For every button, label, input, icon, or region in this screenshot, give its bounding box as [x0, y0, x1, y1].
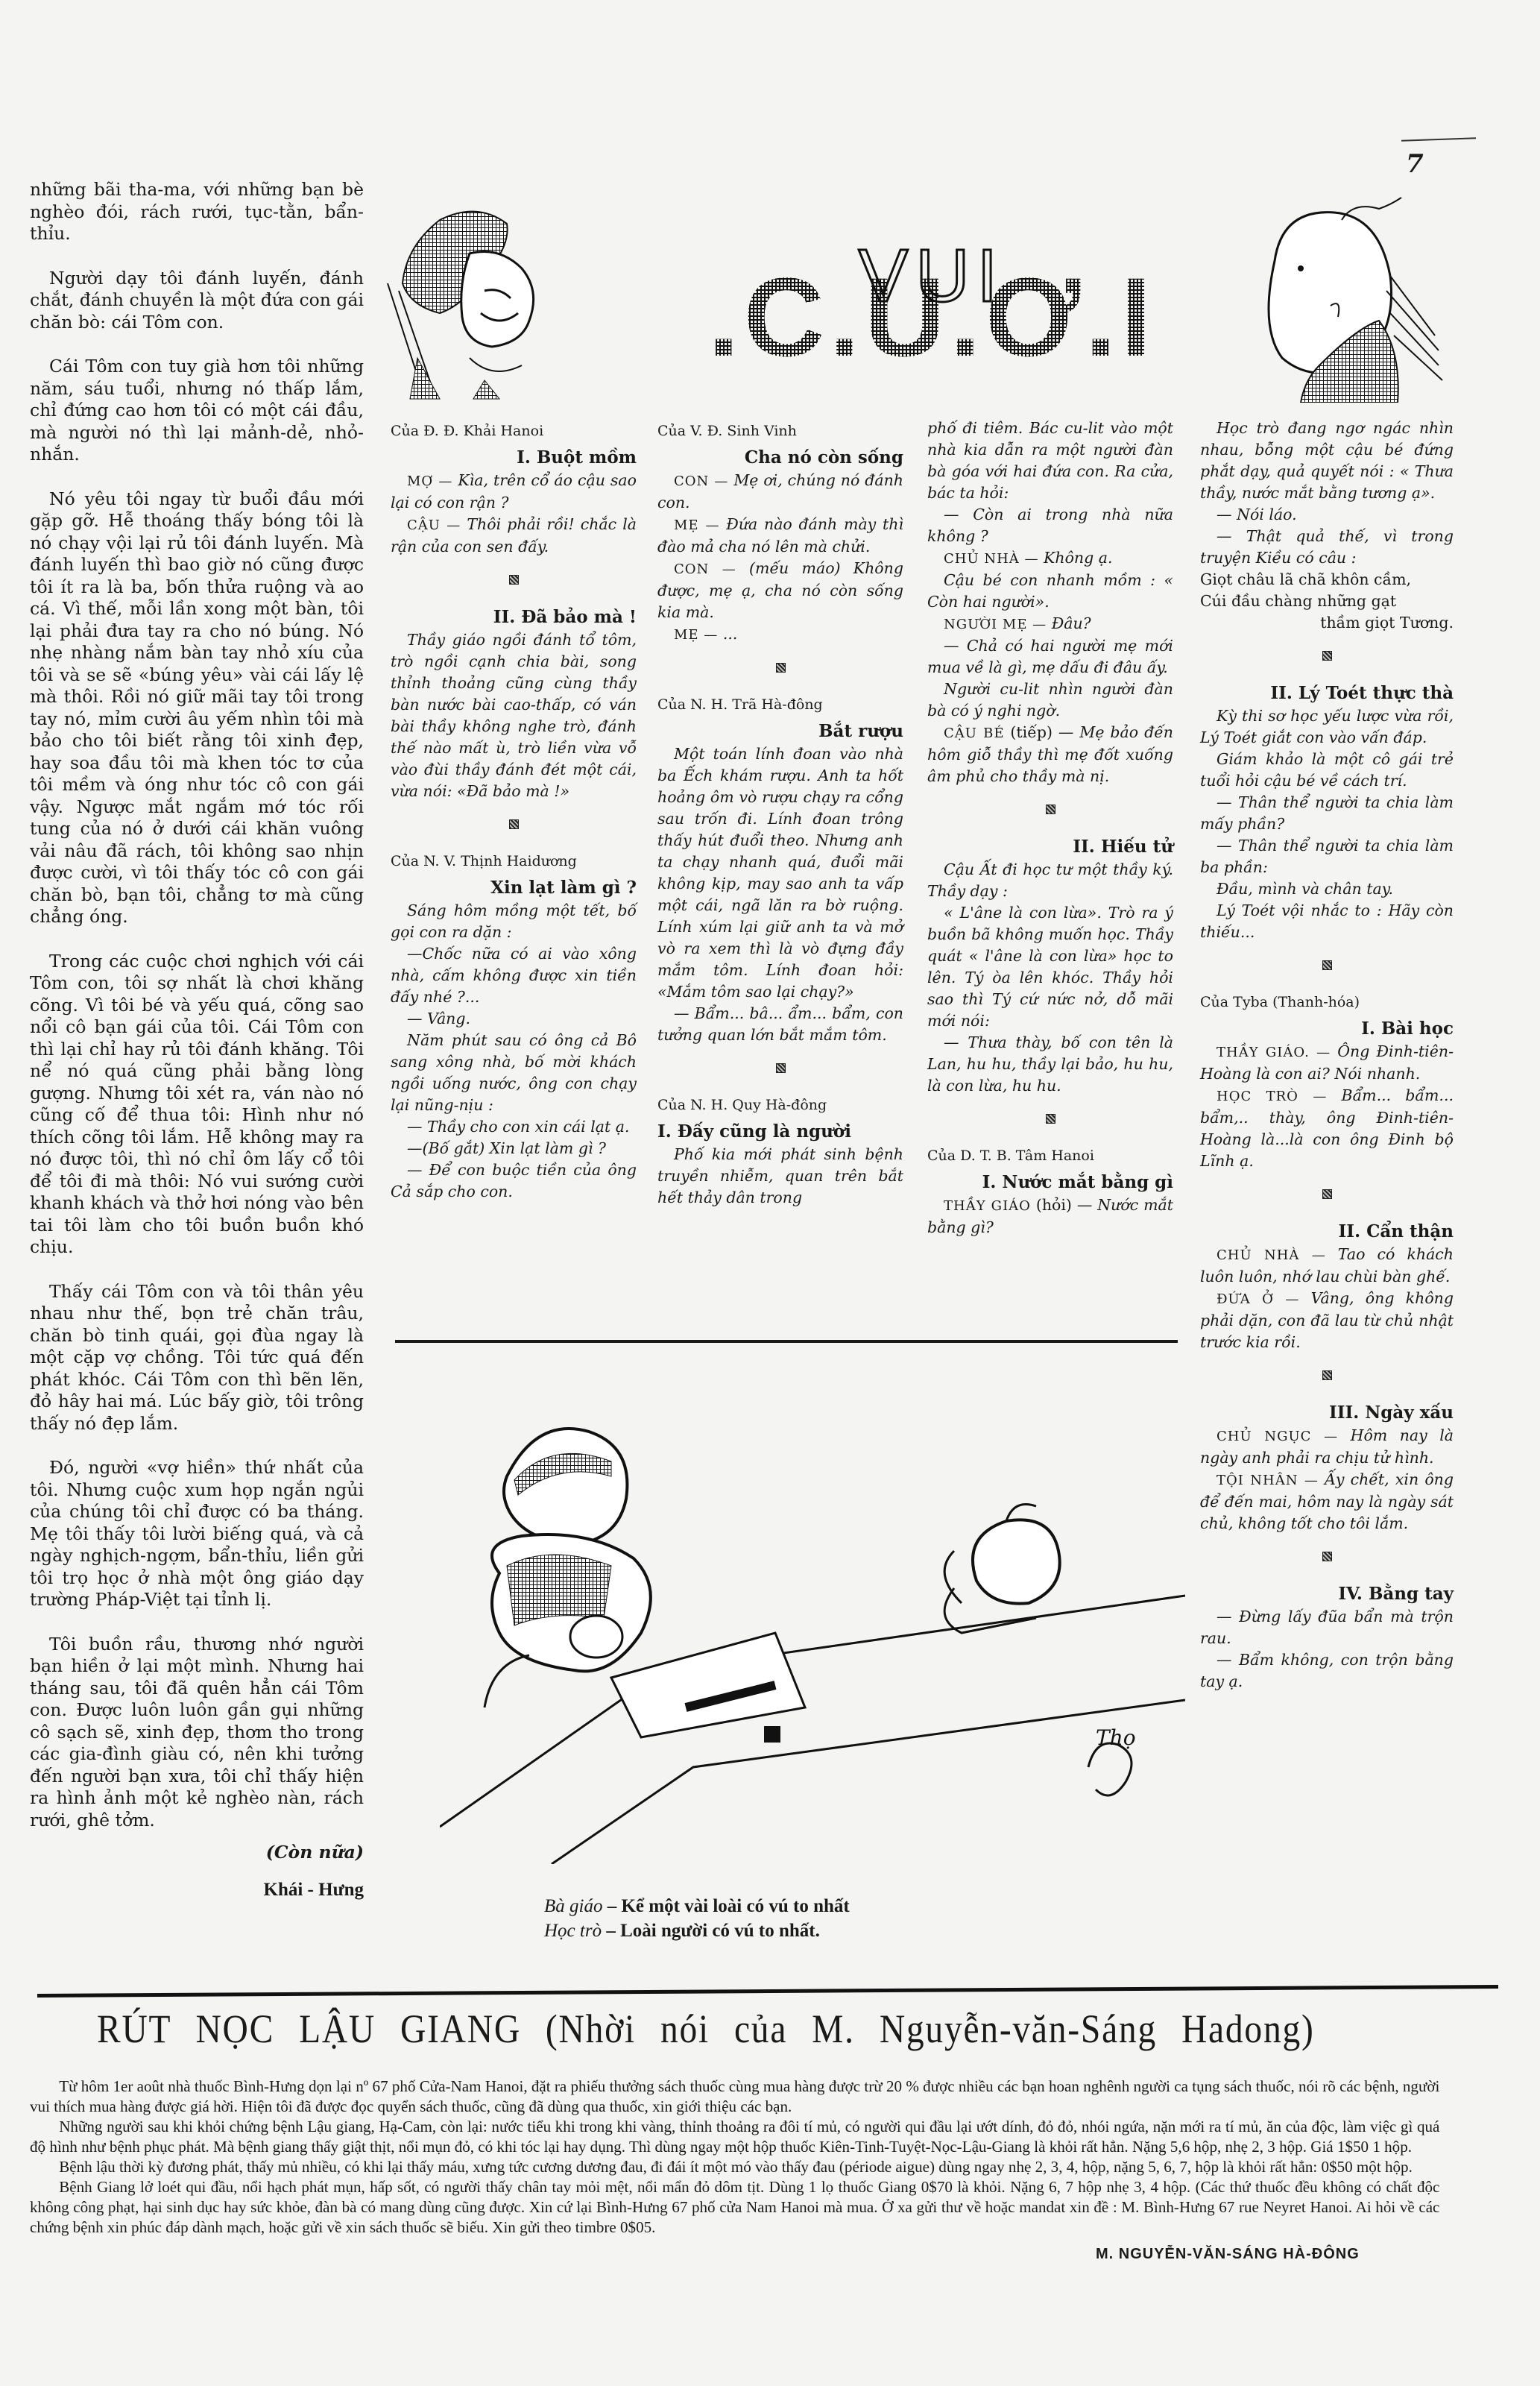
speaker-label: CẬU —	[407, 517, 461, 533]
story-paragraph: Trong các cuộc chơi nghịch với cái Tôm c…	[30, 951, 364, 1259]
joke-text: Giám khảo là một cô gái trẻ tuổi hỏi cậu…	[1200, 749, 1454, 792]
joke-text: —(Bố gắt) Xin lạt làm gì ?	[391, 1138, 637, 1159]
advertisement-paragraph: Những người sau khi khỏi chứng bệnh Lậu …	[30, 2117, 1439, 2157]
ornament-divider-icon	[1200, 1367, 1454, 1388]
jokes-column-2: Của V. Đ. Sinh Vinh Cha nó còn sống CON …	[657, 418, 903, 1209]
to-be-continued: (Còn nữa)	[30, 1842, 364, 1864]
verse-line: Giọt châu lã chã khôn cầm,	[1200, 569, 1454, 591]
laughing-woman-illustration-icon	[380, 194, 574, 403]
cartoon-caption: Bà giáo – Kể một vài loài có vú to nhất …	[544, 1894, 1140, 1943]
section-banner: VUI .C.U.Ơ.I.	[380, 194, 1468, 403]
ornament-divider-icon	[1200, 957, 1454, 978]
cartoon-top-rule	[395, 1340, 1178, 1343]
story-paragraph: Người dạy tôi đánh luyến, đánh chắt, đán…	[30, 268, 364, 334]
ornament-divider-icon	[657, 1060, 903, 1081]
ornament-divider-icon	[1200, 647, 1454, 669]
cartoon-signature: Thọ	[1096, 1725, 1136, 1750]
joke-text: Phố kia mới phát sinh bệnh truyền nhiễm,…	[657, 1144, 903, 1209]
speaker-label: THẦY GIÁO	[944, 1198, 1031, 1214]
verse-line: Cúi đầu chàng những gạt	[1200, 591, 1454, 612]
joke-text: — Vâng.	[391, 1008, 637, 1030]
advertisement-top-rule	[37, 1985, 1498, 1998]
speaker-label: TỘI NHÂN —	[1216, 1473, 1319, 1488]
joke-text: — Bẩm... bâ... ẩm... bẩm, con tưởng quan…	[657, 1003, 903, 1046]
ornament-divider-icon	[391, 816, 637, 837]
joke-title: I. Đấy cũng là người	[657, 1121, 903, 1142]
joke-contributor: Của N. H. Trã Hà-đông	[657, 694, 903, 716]
joke-contributor: Của N. V. Thịnh Haidương	[391, 851, 637, 872]
caption-speaker: Học trò	[544, 1921, 602, 1941]
joke-text: Sáng hôm mồng một tết, bố gọi con ra dặn…	[391, 900, 637, 943]
joke-title: I. Buột mồm	[391, 447, 637, 468]
speaker-label: CHỦ NHÀ —	[1216, 1247, 1326, 1263]
speaker-label: CHỦ NHÀ —	[944, 551, 1039, 567]
joke-text: Học trò đang ngơ ngác nhìn nhau, bỗng mộ…	[1200, 418, 1454, 504]
advertisement-paragraph: Bệnh Giang lở loét qui đầu, nổi hạch phá…	[30, 2177, 1439, 2238]
joke-contributor: Của V. Đ. Sinh Vinh	[657, 421, 903, 442]
classroom-cartoon-illustration-icon: Thọ	[440, 1350, 1185, 1864]
joke-contributor: Của Đ. Đ. Khải Hanoi	[391, 421, 637, 442]
joke-title: III. Ngày xấu	[1200, 1402, 1454, 1423]
joke-text: — Bẩm không, con trộn bằng tay ạ.	[1200, 1649, 1454, 1693]
story-paragraph: Nó yêu tôi ngay từ buổi đầu mới gặp gỡ. …	[30, 488, 364, 928]
speaker-label: CẬU BÉ	[944, 725, 1004, 741]
joke-title: II. Đã bảo mà !	[391, 606, 637, 628]
story-paragraph: Tôi buồn rầu, thương nhớ người bạn hiền …	[30, 1634, 364, 1832]
ornament-divider-icon	[927, 1110, 1173, 1132]
ornament-divider-icon	[1200, 1186, 1454, 1207]
joke-text: Thầy giáo ngồi đánh tổ tôm, trò ngồi cạn…	[391, 629, 637, 802]
speaker-label: ĐỨA Ở —	[1216, 1291, 1299, 1307]
page-number: 7	[1406, 149, 1424, 179]
joke-title: I. Bài học	[1200, 1018, 1454, 1039]
joke-text: Đầu, mình và chân tay.	[1200, 878, 1454, 900]
speaker-label: MẸ —	[674, 627, 718, 643]
story-author: Khái - Hưng	[30, 1879, 364, 1901]
joke-text: phố đi tiêm. Bác cu-lit vào một nhà kia …	[927, 418, 1173, 504]
joke-text: — Thưa thày, bố con tên là Lan, hu hu, t…	[927, 1032, 1173, 1097]
speaker-label: THẦY GIÁO. —	[1216, 1045, 1331, 1060]
joke-text: Kỳ thi sơ học yếu lược vừa rồi, Lý Toét …	[1200, 705, 1454, 749]
story-paragraph: Đó, người «vợ hiền» thứ nhất của tôi. Nh…	[30, 1457, 364, 1611]
joke-text: — Để con buộc tiền của ông Cả sắp cho co…	[391, 1159, 637, 1203]
speaker-label: CHỦ NGỤC —	[1216, 1429, 1338, 1444]
joke-contributor: Của N. H. Quy Hà-đông	[657, 1095, 903, 1116]
joke-line: Đâu?	[1047, 614, 1091, 632]
joke-contributor: Của D. T. B. Tâm Hanoi	[927, 1145, 1173, 1167]
caption-line: – Loài người có vú to nhất.	[602, 1921, 820, 1941]
page-number-rule	[1401, 137, 1476, 141]
joke-text: Một toán lính đoan vào nhà ba Ếch khám r…	[657, 743, 903, 1003]
ornament-divider-icon	[391, 571, 637, 593]
advertisement-body: Từ hôm 1er août nhà thuốc Bình-Hưng dọn …	[30, 2077, 1439, 2238]
joke-title: II. Hiếu tử	[927, 836, 1173, 857]
serial-story-column: những bãi tha-ma, với những bạn bè nghèo…	[30, 179, 364, 1901]
old-man-with-fan-illustration-icon	[1230, 194, 1454, 403]
speaker-label: NGƯỜI MẸ —	[944, 617, 1047, 632]
stage-direction: (tiếp)	[1004, 723, 1058, 741]
advertisement-signature: M. NGUYỄN-VĂN-SÁNG HÀ-ĐÔNG	[1096, 2246, 1360, 2263]
joke-text: Lý Toét vội nhắc to : Hãy còn thiếu...	[1200, 900, 1454, 943]
jokes-column-4: Học trò đang ngơ ngác nhìn nhau, bỗng mộ…	[1200, 418, 1454, 1693]
joke-text: — Thầy cho con xin cái lạt ạ.	[391, 1116, 637, 1138]
caption-line: – Kể một vài loài có vú to nhất	[602, 1896, 849, 1916]
speaker-label: CON —	[674, 473, 728, 489]
joke-text: « L'âne là con lừa». Trò ra ý buồn bã kh…	[927, 902, 1173, 1032]
banner-title: VUI .C.U.Ơ.I.	[708, 239, 1155, 388]
advertisement-paragraph: Bệnh lậu thời kỳ đương phát, thấy mủ nhi…	[30, 2157, 1439, 2177]
ornament-divider-icon	[657, 659, 903, 681]
joke-text: Năm phút sau có ông cả Bô sang xông nhà,…	[391, 1030, 637, 1116]
joke-text: — Còn ai trong nhà nữa không ?	[927, 504, 1173, 547]
jokes-column-3: phố đi tiêm. Bác cu-lit vào một nhà kia …	[927, 418, 1173, 1238]
joke-text: — Thân thể người ta chia làm ba phần:	[1200, 835, 1454, 878]
advertisement-title: RÚT NỌC LẬU GIANG (Nhời nói của M. Nguyễ…	[97, 2006, 1291, 2052]
ornament-divider-icon	[927, 801, 1173, 822]
jokes-column-1: Của Đ. Đ. Khải Hanoi I. Buột mồm MỢ — Kì…	[391, 418, 637, 1203]
joke-line: Không ạ.	[1039, 549, 1113, 567]
joke-title: Xin lạt làm gì ?	[391, 877, 637, 898]
joke-text: — Thật quả thế, vì trong truyện Kiều có …	[1200, 526, 1454, 569]
story-paragraph: Cái Tôm con tuy già hơn tôi những năm, s…	[30, 356, 364, 466]
speaker-label: HỌC TRÒ —	[1216, 1089, 1327, 1104]
ornament-divider-icon	[1200, 1548, 1454, 1570]
verse-line: thầm giọt Tương.	[1200, 612, 1454, 634]
joke-title: Bắt rượu	[657, 720, 903, 742]
story-paragraph: những bãi tha-ma, với những bạn bè nghèo…	[30, 179, 364, 245]
joke-text: — Đừng lấy đũa bẩn mà trộn rau.	[1200, 1606, 1454, 1649]
joke-title: II. Cẩn thận	[1200, 1221, 1454, 1242]
joke-text: Cậu Ất đi học tư một thầy ký. Thầy dạy :	[927, 859, 1173, 902]
advertisement-paragraph: Từ hôm 1er août nhà thuốc Bình-Hưng dọn …	[30, 2077, 1439, 2117]
joke-text: — Thân thể người ta chia làm mấy phần?	[1200, 792, 1454, 835]
joke-text: Người cu-lit nhìn người đàn bà có ý nghi…	[927, 679, 1173, 722]
story-paragraph: Thấy cái Tôm con và tôi thân yêu nhau nh…	[30, 1281, 364, 1435]
joke-text: — Nói láo.	[1200, 504, 1454, 526]
joke-text: Cậu bé con nhanh mồm : « Còn hai người».	[927, 570, 1173, 613]
joke-title: I. Nước mắt bằng gì	[927, 1171, 1173, 1193]
speaker-label: CON —	[674, 561, 736, 577]
speaker-label: MẸ —	[674, 517, 720, 533]
joke-text: —Chốc nữa có ai vào xông nhà, cấm không …	[391, 943, 637, 1008]
joke-title: Cha nó còn sống	[657, 447, 903, 468]
joke-title: IV. Bằng tay	[1200, 1583, 1454, 1605]
joke-text: — Chả có hai người mẹ mới mua về là gì, …	[927, 635, 1173, 679]
stage-direction: (hỏi)	[1031, 1196, 1077, 1214]
caption-speaker: Bà giáo	[544, 1896, 602, 1916]
joke-line: ...	[718, 625, 737, 643]
joke-contributor: Của Tyba (Thanh-hóa)	[1200, 992, 1454, 1013]
speaker-label: MỢ —	[407, 473, 452, 489]
joke-title: II. Lý Toét thực thà	[1200, 682, 1454, 704]
banner-title-cuoi: .C.U.Ơ.I.	[708, 261, 1155, 373]
